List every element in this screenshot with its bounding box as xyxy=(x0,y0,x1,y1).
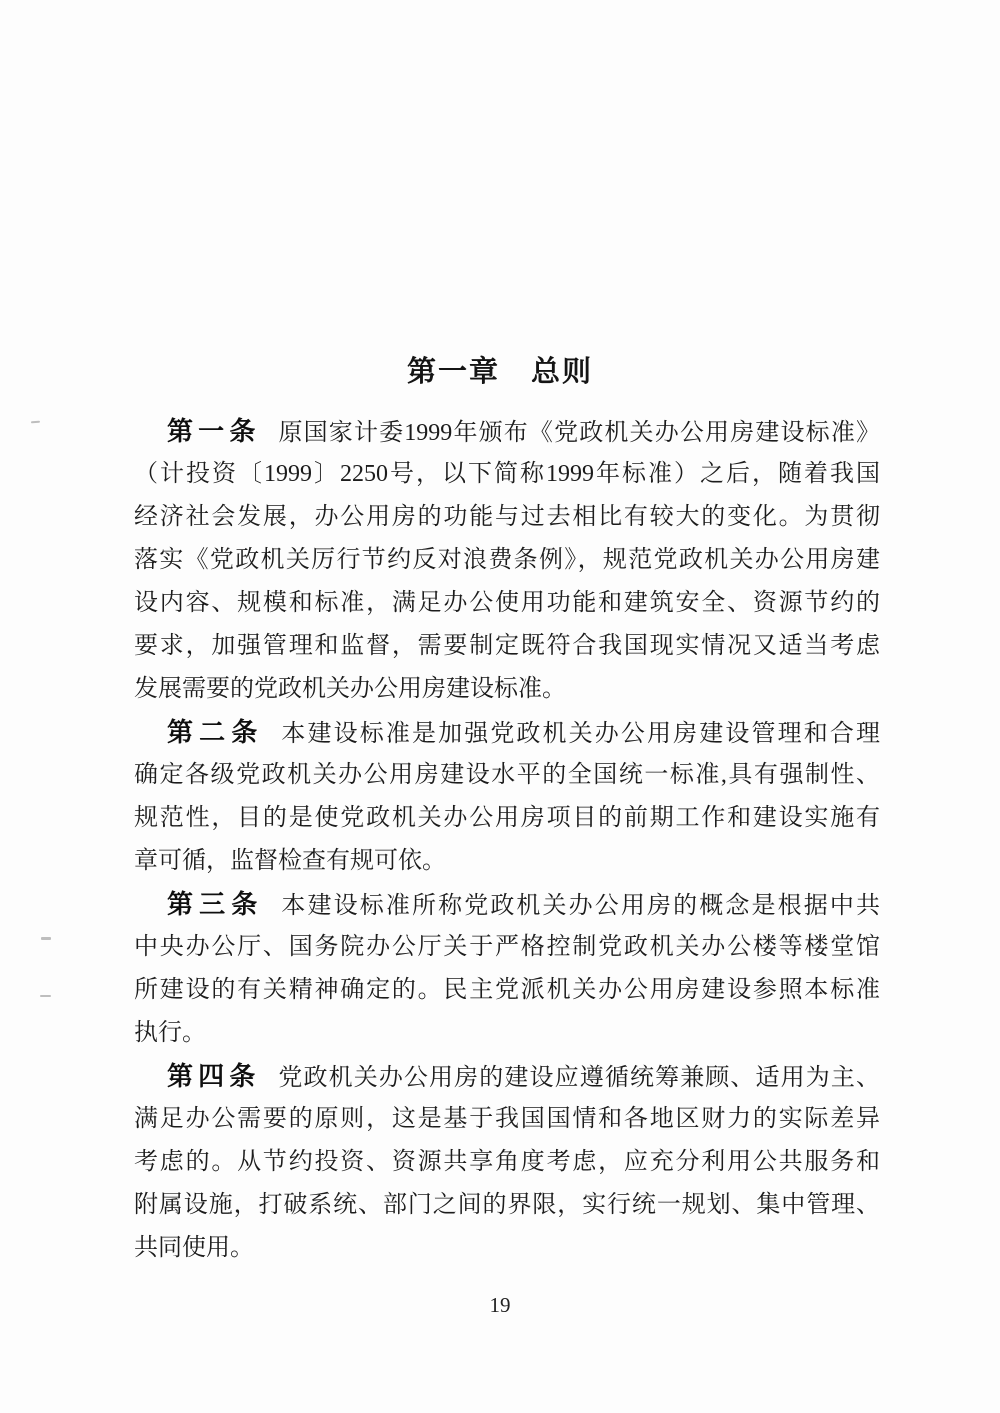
article-4-line-2: 满足办公需要的原则，这是基于我国国情和各地区财力的实际差异 xyxy=(134,1098,880,1141)
article-4-line-5: 共同使用。 xyxy=(134,1227,880,1270)
article-2-line-3: 规范性，目的是使党政机关办公用房项目的前期工作和建设实施有 xyxy=(134,797,880,840)
article-4-line-1: 第四条党政机关办公用房的建设应遵循统筹兼顾、适用为主、 xyxy=(134,1055,880,1098)
article-3-line-2: 中央办公厅、国务院办公厅关于严格控制党政机关办公楼等楼堂馆 xyxy=(134,926,880,969)
article-2-line-2: 确定各级党政机关办公用房建设水平的全国统一标准,具有强制性、 xyxy=(134,754,880,797)
scan-artifact-mark xyxy=(31,421,40,424)
article-number-label: 第四条 xyxy=(167,1061,260,1091)
article-4-line-4: 附属设施，打破系统、部门之间的界限，实行统一规划、集中管理、 xyxy=(134,1184,880,1227)
page-number: 19 xyxy=(0,1292,1000,1318)
article-4-line-3: 考虑的。从节约投资、资源共享角度考虑，应充分利用公共服务和 xyxy=(134,1141,880,1184)
chapter-title: 第一章 总则 xyxy=(0,356,1000,388)
scan-artifact-mark xyxy=(40,995,51,997)
article-3-line-1: 第三条本建设标准所称党政机关办公用房的概念是根据中共 xyxy=(134,883,880,926)
article-1-line-7: 发展需要的党政机关办公用房建设标准。 xyxy=(134,668,880,711)
article-text: 本建设标准是加强党政机关办公用房建设管理和合理 xyxy=(281,721,880,747)
article-text: 党政机关办公用房的建设应遵循统筹兼顾、适用为主、 xyxy=(278,1065,880,1091)
article-text: 本建设标准所称党政机关办公用房的概念是根据中共 xyxy=(281,893,880,919)
article-1-line-1: 第一条原国家计委1999年颁布《党政机关办公用房建设标准》 xyxy=(134,410,880,453)
article-1-line-5: 设内容、规模和标准，满足办公使用功能和建筑安全、资源节约的 xyxy=(134,582,880,625)
scan-artifact-mark xyxy=(41,937,51,940)
article-number-label: 第三条 xyxy=(167,889,263,919)
article-3-line-3: 所建设的有关精神确定的。民主党派机关办公用房建设参照本标准 xyxy=(134,969,880,1012)
article-3-line-4: 执行。 xyxy=(134,1012,880,1055)
document-body: 第一条原国家计委1999年颁布《党政机关办公用房建设标准》（计投资〔1999〕2… xyxy=(134,410,880,1270)
article-number-label: 第一条 xyxy=(167,416,260,446)
article-1-line-3: 经济社会发展，办公用房的功能与过去相比有较大的变化。为贯彻 xyxy=(134,496,880,539)
article-1-line-2: （计投资〔1999〕2250号，以下简称1999年标准）之后，随着我国 xyxy=(134,453,880,496)
article-2-line-1: 第二条本建设标准是加强党政机关办公用房建设管理和合理 xyxy=(134,711,880,754)
article-1-line-4: 落实《党政机关厉行节约反对浪费条例》，规范党政机关办公用房建 xyxy=(134,539,880,582)
article-1-line-6: 要求，加强管理和监督，需要制定既符合我国现实情况又适当考虑 xyxy=(134,625,880,668)
article-number-label: 第二条 xyxy=(167,717,263,747)
article-2-line-4: 章可循，监督检查有规可依。 xyxy=(134,840,880,883)
document-page: 第一章 总则 第一条原国家计委1999年颁布《党政机关办公用房建设标准》（计投资… xyxy=(0,0,1000,1413)
article-text: 原国家计委1999年颁布《党政机关办公用房建设标准》 xyxy=(278,420,880,446)
